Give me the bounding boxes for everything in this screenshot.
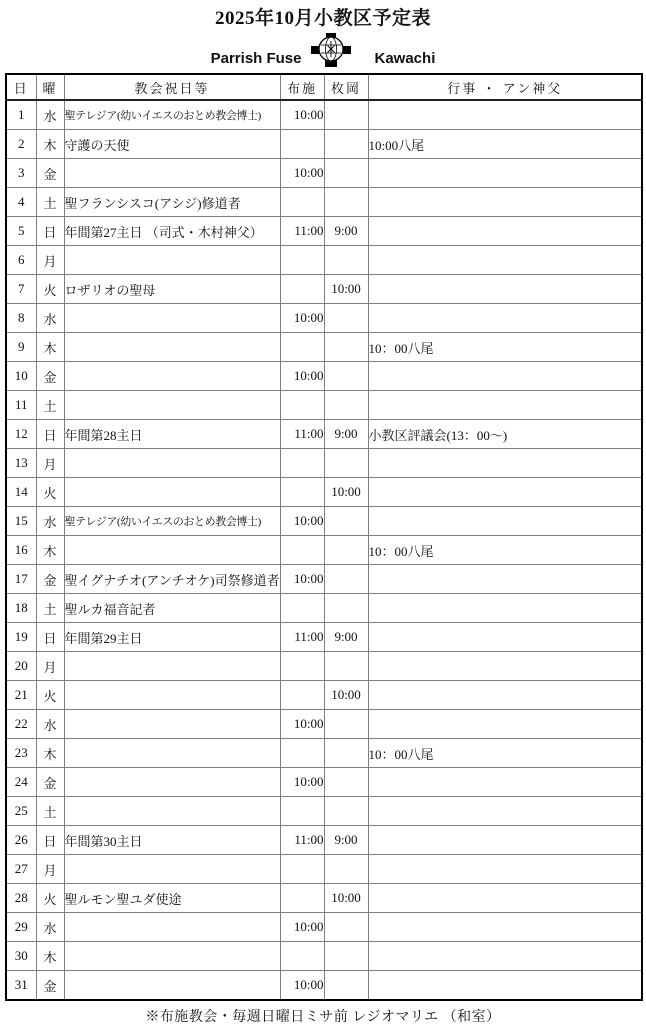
event-cell <box>368 159 642 188</box>
event-cell <box>368 478 642 507</box>
table-row: 5日年間第27主日 （司式・木村神父）11:009:00 <box>6 217 642 246</box>
weekday-cell: 水 <box>36 710 64 739</box>
weekday-cell: 水 <box>36 913 64 942</box>
feast-cell <box>64 681 280 710</box>
fuse-time-cell <box>280 681 324 710</box>
table-row: 17金聖イグナチオ(アンチオケ)司祭修道者10:00 <box>6 565 642 594</box>
table-row: 1水聖テレジア(幼いイエスのおとめ教会博士)10:00 <box>6 100 642 130</box>
day-cell: 12 <box>6 420 36 449</box>
day-cell: 5 <box>6 217 36 246</box>
table-row: 12日年間第28主日11:009:00小教区評議会(13：00～) <box>6 420 642 449</box>
event-cell <box>368 710 642 739</box>
feast-cell <box>64 362 280 391</box>
hiraoka-time-cell <box>324 536 368 565</box>
feast-cell: 聖テレジア(幼いイエスのおとめ教会博士) <box>64 100 280 130</box>
weekday-cell: 水 <box>36 304 64 333</box>
weekday-cell: 月 <box>36 246 64 275</box>
weekday-cell: 土 <box>36 797 64 826</box>
fuse-time-cell <box>280 275 324 304</box>
day-cell: 6 <box>6 246 36 275</box>
fuse-time-cell <box>280 594 324 623</box>
table-row: 29水10:00 <box>6 913 642 942</box>
fuse-time-cell <box>280 797 324 826</box>
fuse-time-cell: 10:00 <box>280 362 324 391</box>
weekday-cell: 木 <box>36 130 64 159</box>
feast-cell: 年間第27主日 （司式・木村神父） <box>64 217 280 246</box>
day-cell: 4 <box>6 188 36 217</box>
weekday-cell: 木 <box>36 739 64 768</box>
day-cell: 10 <box>6 362 36 391</box>
event-cell <box>368 623 642 652</box>
col-header-day: 日 <box>6 74 36 100</box>
feast-cell: 守護の天使 <box>64 130 280 159</box>
event-cell <box>368 942 642 971</box>
hiraoka-time-cell <box>324 449 368 478</box>
weekday-cell: 水 <box>36 100 64 130</box>
feast-cell <box>64 478 280 507</box>
weekday-cell: 金 <box>36 768 64 797</box>
table-row: 18土聖ルカ福音記者 <box>6 594 642 623</box>
event-cell <box>368 797 642 826</box>
day-cell: 29 <box>6 913 36 942</box>
parish-emblem-icon <box>311 33 351 67</box>
table-row: 27月 <box>6 855 642 884</box>
feast-cell <box>64 536 280 565</box>
day-cell: 28 <box>6 884 36 913</box>
hiraoka-time-cell: 10:00 <box>324 275 368 304</box>
weekday-cell: 月 <box>36 652 64 681</box>
weekday-cell: 木 <box>36 942 64 971</box>
hiraoka-time-cell <box>324 159 368 188</box>
table-row: 21火10:00 <box>6 681 642 710</box>
fuse-time-cell <box>280 391 324 420</box>
table-row: 9木10：00八尾 <box>6 333 642 362</box>
weekday-cell: 月 <box>36 855 64 884</box>
weekday-cell: 日 <box>36 826 64 855</box>
event-cell: 10：00八尾 <box>368 333 642 362</box>
fuse-time-cell <box>280 449 324 478</box>
feast-cell <box>64 159 280 188</box>
day-cell: 13 <box>6 449 36 478</box>
event-cell <box>368 913 642 942</box>
hiraoka-time-cell: 9:00 <box>324 826 368 855</box>
event-cell <box>368 246 642 275</box>
fuse-time-cell <box>280 739 324 768</box>
day-cell: 24 <box>6 768 36 797</box>
day-cell: 17 <box>6 565 36 594</box>
col-header-hiraoka: 枚岡 <box>324 74 368 100</box>
day-cell: 1 <box>6 100 36 130</box>
event-cell: 10:00八尾 <box>368 130 642 159</box>
feast-cell <box>64 333 280 362</box>
fuse-time-cell: 10:00 <box>280 304 324 333</box>
weekday-cell: 火 <box>36 275 64 304</box>
weekday-cell: 日 <box>36 217 64 246</box>
feast-cell: 聖テレジア(幼いイエスのおとめ教会博士) <box>64 507 280 536</box>
feast-cell <box>64 739 280 768</box>
event-cell <box>368 275 642 304</box>
fuse-time-cell <box>280 130 324 159</box>
fuse-time-cell <box>280 478 324 507</box>
hiraoka-time-cell <box>324 855 368 884</box>
schedule-body: 1水聖テレジア(幼いイエスのおとめ教会博士)10:002木守護の天使10:00八… <box>6 100 642 1000</box>
event-cell <box>368 100 642 130</box>
weekday-cell: 金 <box>36 159 64 188</box>
fuse-time-cell: 11:00 <box>280 826 324 855</box>
table-row: 7火ロザリオの聖母10:00 <box>6 275 642 304</box>
event-cell <box>368 507 642 536</box>
hiraoka-time-cell: 10:00 <box>324 884 368 913</box>
fuse-time-cell <box>280 855 324 884</box>
table-row: 8水10:00 <box>6 304 642 333</box>
table-row: 30木 <box>6 942 642 971</box>
weekday-cell: 日 <box>36 420 64 449</box>
parish-header: Parrish Fuse Kawachi <box>0 31 646 67</box>
fuse-time-cell <box>280 188 324 217</box>
event-cell <box>368 188 642 217</box>
hiraoka-time-cell <box>324 304 368 333</box>
fuse-time-cell: 11:00 <box>280 623 324 652</box>
fuse-time-cell: 10:00 <box>280 565 324 594</box>
feast-cell <box>64 855 280 884</box>
weekday-cell: 土 <box>36 391 64 420</box>
hiraoka-time-cell: 10:00 <box>324 681 368 710</box>
day-cell: 3 <box>6 159 36 188</box>
weekday-cell: 水 <box>36 507 64 536</box>
col-header-events: 行事 ・ アン神父 <box>368 74 642 100</box>
fuse-time-cell: 10:00 <box>280 507 324 536</box>
feast-cell <box>64 449 280 478</box>
parish-name-fuse: Parrish Fuse <box>211 50 302 67</box>
event-cell <box>368 884 642 913</box>
col-header-fuse: 布施 <box>280 74 324 100</box>
feast-cell <box>64 710 280 739</box>
feast-cell: 聖フランシスコ(アシジ)修道者 <box>64 188 280 217</box>
fuse-time-cell <box>280 652 324 681</box>
day-cell: 22 <box>6 710 36 739</box>
hiraoka-time-cell <box>324 391 368 420</box>
col-header-feast: 教会祝日等 <box>64 74 280 100</box>
fuse-time-cell <box>280 333 324 362</box>
table-row: 28火聖ルモン聖ユダ使途10:00 <box>6 884 642 913</box>
table-row: 20月 <box>6 652 642 681</box>
table-row: 2木守護の天使10:00八尾 <box>6 130 642 159</box>
weekday-cell: 金 <box>36 362 64 391</box>
day-cell: 30 <box>6 942 36 971</box>
feast-cell: 年間第30主日 <box>64 826 280 855</box>
hiraoka-time-cell: 9:00 <box>324 623 368 652</box>
table-row: 11土 <box>6 391 642 420</box>
day-cell: 15 <box>6 507 36 536</box>
event-cell <box>368 304 642 333</box>
fuse-time-cell: 10:00 <box>280 913 324 942</box>
header-row: 日 曜 教会祝日等 布施 枚岡 行事 ・ アン神父 <box>6 74 642 100</box>
hiraoka-time-cell <box>324 130 368 159</box>
fuse-time-cell: 11:00 <box>280 420 324 449</box>
event-cell: 10：00八尾 <box>368 739 642 768</box>
table-row: 25土 <box>6 797 642 826</box>
feast-cell: 聖イグナチオ(アンチオケ)司祭修道者 <box>64 565 280 594</box>
feast-cell: 年間第28主日 <box>64 420 280 449</box>
weekday-cell: 火 <box>36 478 64 507</box>
footer-note: ※布施教会・毎週日曜日ミサ前 レジオマリエ （和室） <box>0 1006 646 1024</box>
feast-cell <box>64 797 280 826</box>
event-cell <box>368 681 642 710</box>
event-cell <box>368 217 642 246</box>
fuse-time-cell <box>280 536 324 565</box>
fuse-time-cell: 10:00 <box>280 971 324 1001</box>
page-title: 2025年10月小教区予定表 <box>0 3 646 30</box>
weekday-cell: 火 <box>36 681 64 710</box>
feast-cell <box>64 768 280 797</box>
event-cell <box>368 362 642 391</box>
feast-cell <box>64 971 280 1001</box>
day-cell: 31 <box>6 971 36 1001</box>
feast-cell: ロザリオの聖母 <box>64 275 280 304</box>
weekday-cell: 土 <box>36 594 64 623</box>
hiraoka-time-cell <box>324 188 368 217</box>
fuse-time-cell: 10:00 <box>280 768 324 797</box>
hiraoka-time-cell <box>324 507 368 536</box>
day-cell: 25 <box>6 797 36 826</box>
weekday-cell: 木 <box>36 333 64 362</box>
feast-cell <box>64 391 280 420</box>
day-cell: 2 <box>6 130 36 159</box>
day-cell: 18 <box>6 594 36 623</box>
fuse-time-cell: 10:00 <box>280 159 324 188</box>
fuse-time-cell <box>280 884 324 913</box>
hiraoka-time-cell <box>324 594 368 623</box>
feast-cell <box>64 246 280 275</box>
schedule-page: 2025年10月小教区予定表 Parrish Fuse Kawachi 日 曜 … <box>0 3 646 1024</box>
event-cell <box>368 768 642 797</box>
event-cell: 小教区評議会(13：00～) <box>368 420 642 449</box>
hiraoka-time-cell <box>324 797 368 826</box>
feast-cell <box>64 942 280 971</box>
hiraoka-time-cell <box>324 971 368 1001</box>
day-cell: 21 <box>6 681 36 710</box>
hiraoka-time-cell: 9:00 <box>324 217 368 246</box>
weekday-cell: 月 <box>36 449 64 478</box>
fuse-time-cell <box>280 942 324 971</box>
day-cell: 9 <box>6 333 36 362</box>
table-row: 10金10:00 <box>6 362 642 391</box>
feast-cell: 年間第29主日 <box>64 623 280 652</box>
event-cell <box>368 971 642 1001</box>
hiraoka-time-cell <box>324 362 368 391</box>
weekday-cell: 日 <box>36 623 64 652</box>
day-cell: 23 <box>6 739 36 768</box>
day-cell: 16 <box>6 536 36 565</box>
col-header-weekday: 曜 <box>36 74 64 100</box>
feast-cell: 聖ルカ福音記者 <box>64 594 280 623</box>
hiraoka-time-cell <box>324 100 368 130</box>
event-cell <box>368 565 642 594</box>
day-cell: 8 <box>6 304 36 333</box>
feast-cell <box>64 652 280 681</box>
table-row: 31金10:00 <box>6 971 642 1001</box>
hiraoka-time-cell <box>324 942 368 971</box>
hiraoka-time-cell <box>324 710 368 739</box>
day-cell: 7 <box>6 275 36 304</box>
table-row: 23木10：00八尾 <box>6 739 642 768</box>
weekday-cell: 火 <box>36 884 64 913</box>
table-row: 3金10:00 <box>6 159 642 188</box>
weekday-cell: 木 <box>36 536 64 565</box>
feast-cell <box>64 913 280 942</box>
hiraoka-time-cell <box>324 913 368 942</box>
weekday-cell: 土 <box>36 188 64 217</box>
feast-cell: 聖ルモン聖ユダ使途 <box>64 884 280 913</box>
event-cell <box>368 391 642 420</box>
weekday-cell: 金 <box>36 565 64 594</box>
hiraoka-time-cell <box>324 333 368 362</box>
day-cell: 26 <box>6 826 36 855</box>
event-cell <box>368 826 642 855</box>
day-cell: 20 <box>6 652 36 681</box>
event-cell <box>368 449 642 478</box>
event-cell: 10：00八尾 <box>368 536 642 565</box>
table-row: 15水聖テレジア(幼いイエスのおとめ教会博士)10:00 <box>6 507 642 536</box>
hiraoka-time-cell <box>324 768 368 797</box>
hiraoka-time-cell <box>324 739 368 768</box>
fuse-time-cell: 10:00 <box>280 100 324 130</box>
table-row: 24金10:00 <box>6 768 642 797</box>
event-cell <box>368 652 642 681</box>
schedule-table: 日 曜 教会祝日等 布施 枚岡 行事 ・ アン神父 1水聖テレジア(幼いイエスの… <box>5 73 643 1001</box>
feast-cell <box>64 304 280 333</box>
weekday-cell: 金 <box>36 971 64 1001</box>
table-row: 13月 <box>6 449 642 478</box>
day-cell: 14 <box>6 478 36 507</box>
table-row: 4土聖フランシスコ(アシジ)修道者 <box>6 188 642 217</box>
table-row: 19日年間第29主日11:009:00 <box>6 623 642 652</box>
fuse-time-cell: 11:00 <box>280 217 324 246</box>
table-row: 22水10:00 <box>6 710 642 739</box>
event-cell <box>368 594 642 623</box>
table-row: 6月 <box>6 246 642 275</box>
parish-name-kawachi: Kawachi <box>375 50 436 67</box>
day-cell: 19 <box>6 623 36 652</box>
table-row: 16木10：00八尾 <box>6 536 642 565</box>
table-row: 26日年間第30主日11:009:00 <box>6 826 642 855</box>
hiraoka-time-cell <box>324 652 368 681</box>
hiraoka-time-cell: 9:00 <box>324 420 368 449</box>
day-cell: 27 <box>6 855 36 884</box>
event-cell <box>368 855 642 884</box>
hiraoka-time-cell <box>324 246 368 275</box>
fuse-time-cell <box>280 246 324 275</box>
hiraoka-time-cell <box>324 565 368 594</box>
day-cell: 11 <box>6 391 36 420</box>
fuse-time-cell: 10:00 <box>280 710 324 739</box>
hiraoka-time-cell: 10:00 <box>324 478 368 507</box>
table-row: 14火10:00 <box>6 478 642 507</box>
